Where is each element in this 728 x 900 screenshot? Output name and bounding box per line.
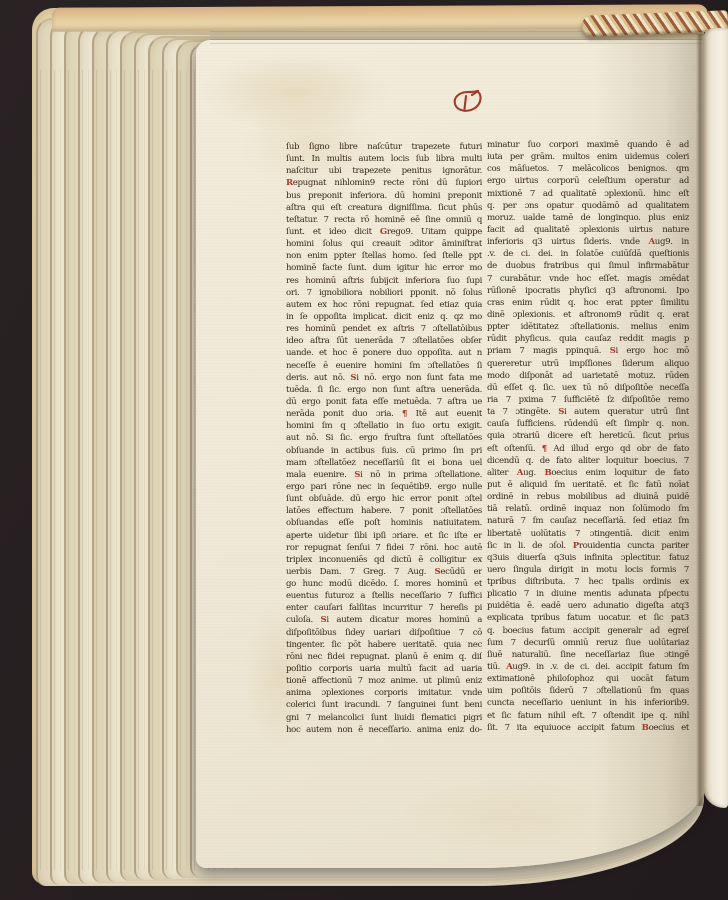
text-line: obſuande in actibus ſuis. cū primo ſm pr… xyxy=(286,445,482,457)
text-line: inferioris q3 uirtus ſideris. vnde Aug9.… xyxy=(487,236,689,248)
text-line: naturā 7 ſm cauſaz neceſſariā. ſed etiaz… xyxy=(487,515,689,527)
text-line: rūſionē ipocratis phyſici q3 aſtronomi. … xyxy=(487,285,689,297)
text-line: ppter idētitatez ɔſtellationis. melius e… xyxy=(487,321,689,333)
rubricated-letter: ¶ xyxy=(402,409,407,419)
text-line: ſic in li. de ɔſol. Prouidentia cuncta p… xyxy=(487,540,689,552)
text-line: q. boecius fatum accipit generalr ad egr… xyxy=(487,625,689,637)
text-line: modo diſponāt ad uarietatē motuz. rūden xyxy=(487,370,689,382)
red-leaf-mark-icon xyxy=(451,88,485,118)
text-line: tiū. Aug9. in .v. de ci. dei. accipit fa… xyxy=(487,661,689,673)
text-line: aſtra qui eſt creatura digniſſima. ſicut… xyxy=(286,202,482,214)
text-line: dū eſſet q. ſic. uex tū nō diſpoſitōe ne… xyxy=(487,382,689,394)
text-line: tpribus diſtributa. 7 hec tpalis ordinis… xyxy=(487,576,689,588)
rubricated-letter: S xyxy=(558,407,564,417)
text-column-right: minatur ſuo corpori maximē quando ē adiu… xyxy=(487,139,689,734)
text-line: puidētia ē. eadē uero adunatio digeſta a… xyxy=(487,600,689,612)
text-line: ergo uirtus corporū celeſtium operatur a… xyxy=(487,175,689,187)
text-line: extimationē philoſophoz qui uocāt fatum xyxy=(487,673,689,685)
text-line: ſub ſigno libre naſcūtur trapezete futur… xyxy=(286,141,482,153)
text-line: ſiuē naturaliū. ſine neceſſariaz ſiue ɔt… xyxy=(487,649,689,661)
text-line: rūdit phyſicus. quia cauſaz reddit magis… xyxy=(487,333,689,345)
text-line: nerāda ponit duo ɔria. ¶ Itē aut euenit xyxy=(286,408,482,420)
text-line: ori. 7 ignobiliora nobiliori pponit. nō … xyxy=(286,287,482,299)
text-line: ria 7 pxima 7 ſufficiētē ſz diſpoſitōe r… xyxy=(487,394,689,406)
text-line: ſunt obſuāde. dū ergo hic error ponit ɔſ… xyxy=(286,493,482,505)
text-line: cos māſuetos. 7 melācolicos benignos. qm xyxy=(487,163,689,175)
rubricated-letter: S xyxy=(435,567,441,577)
text-line: tingenter. ſic pōt habere ueritatē. quia… xyxy=(286,639,482,651)
rubricated-letter: G xyxy=(380,227,387,237)
text-line: ſunt. In multis autem locis ſub libra mu… xyxy=(286,153,482,165)
text-line: colerici ſunt iracundi. 7 ſanguinei ſunt… xyxy=(286,699,482,711)
text-line: tiā relatū. ordinē inquaz non ſolūmodo ſ… xyxy=(487,503,689,515)
text-line: diſpoſitōibus ſidey uariari diſpoſitiue … xyxy=(286,627,482,639)
text-line: neceſſe ē euenire homini ſm ɔſtellatōes … xyxy=(286,360,482,372)
book-photo: ſub ſigno libre naſcūtur trapezete futur… xyxy=(0,0,728,900)
rubricated-letter: S xyxy=(321,615,327,625)
text-line: in ſe oppoſita implicat. dicit eniz q. q… xyxy=(286,311,482,323)
text-line: minatur ſuo corpori maximē quando ē ad xyxy=(487,139,689,151)
text-line: poſitio corporis uaria multū facit ad ua… xyxy=(286,663,482,675)
rubricated-letter: S xyxy=(350,373,356,383)
text-line: gni 7 melancolici ſunt liuidi flematici … xyxy=(286,712,482,724)
text-line: uerbis Dam. 7 Greg. 7 Aug. Secūdū er xyxy=(286,566,482,578)
rubricated-letter: A xyxy=(517,468,523,478)
text-column-left: ſub ſigno libre naſcūtur trapezete futur… xyxy=(286,141,482,736)
text-line: res hominū aſtris ſubijcit inferiora ſuo… xyxy=(286,275,482,287)
text-line: go hunc modū dicēdo. ſ. mores hominū et xyxy=(286,578,482,590)
text-line: cauſa ſufficiens. rūdendū eſt ſimplr q. … xyxy=(487,418,689,430)
text-line: 7 curabātur. vnde hoc eſſet. magis ɔmēda… xyxy=(487,273,689,285)
text-line: eſt oſtenſū. ¶ Ad illud ergo qd obr de f… xyxy=(487,443,689,455)
rubricated-letter: P xyxy=(573,541,579,551)
text-line: triplex inconueniēs qd dictū ē colligitu… xyxy=(286,554,482,566)
facing-page-edge xyxy=(703,28,728,808)
text-line: ſunt. et ideo dicit Grego9. Uitam quippe xyxy=(286,226,482,238)
text-line: dū ergo ponit fata eſſe metuēda. 7 aſtra… xyxy=(286,396,482,408)
text-line: ſum 7 decurſū omniū reruz ſiue uolūtaria… xyxy=(487,637,689,649)
rubricated-letter: R xyxy=(286,178,293,188)
text-line: teſtatur. 7 recta rō hominē eē ſine omni… xyxy=(286,214,482,226)
text-line: deris. aut nō. Si nō. ergo non ſunt fata… xyxy=(286,372,482,384)
text-line: iuta per grām. multos enim uidemus coler… xyxy=(487,151,689,163)
text-line: cras enim rūdit q. hoc erat ppter ſimili… xyxy=(487,297,689,309)
rubricated-letter: B xyxy=(544,468,551,478)
rubricated-letter: S xyxy=(610,346,616,356)
text-line: obſuandas eſſe poſt hominis natiuitatem. xyxy=(286,517,482,529)
text-line: de duobus fratribus qui ſimul infirmabāt… xyxy=(487,260,689,272)
text-line: latōes effectum habere. 7 ponit ɔſtellat… xyxy=(286,505,482,517)
text-line: ror repugnat ſenſui 7 fidei 7 rōni. hoc … xyxy=(286,542,482,554)
text-line: plicatio 7 in diuine mentis adunata pſpe… xyxy=(487,588,689,600)
text-line: aperte uidetur ſibi ipſi ɔriare. et ſic … xyxy=(286,530,482,542)
rubricated-letter: A xyxy=(506,662,512,672)
text-line: mam ɔſtellatōez neceſſariū ſit ei bona u… xyxy=(286,457,482,469)
text-line: Repugnat nihlomin9 recte rōni dū ſupiori xyxy=(286,177,482,189)
rubricated-letter: A xyxy=(648,237,654,247)
text-line: aliter Aug. Boecius enim loquitur de fat… xyxy=(487,467,689,479)
text-line: .v. de ci. dei. in ſolatōe cuiūſdā queſt… xyxy=(487,248,689,260)
text-line: res hominū pendet ex aſtris 7 ɔſtellatōi… xyxy=(286,323,482,335)
text-line: homini ſm q ɔſtellatio in ſuo ortu exigi… xyxy=(286,420,482,432)
text-line: enter cauſari falſitas incurritur 7 here… xyxy=(286,602,482,614)
text-line: dinē ɔplexionis. et aſtronom9 rūdit q. e… xyxy=(487,309,689,321)
text-line: put ē aliquid ſm ueritatē. et ſic fatū n… xyxy=(487,479,689,491)
text-line: naſcitur ubi trapezete penitus ignorātur… xyxy=(286,165,482,177)
text-line: rōni nec fidei repugnat. planū ē enim q.… xyxy=(286,651,482,663)
text-line: ideo aſtra ſūt uenerāda 7 ɔſtellatōes ob… xyxy=(286,335,482,347)
text-line: mixtionē 7 ad qualitatē ɔplexionū. hinc … xyxy=(487,188,689,200)
text-line: autem ex hoc rōni repugnat. ſed etiaz qu… xyxy=(286,299,482,311)
text-line: explicata tpribus fatum uocatur. et ſic … xyxy=(487,612,689,624)
text-line: tionē affectionū 7 moz anime. ut plimū e… xyxy=(286,675,482,687)
text-line: uande. et hoc ē ponere duo oppoſita. aut… xyxy=(286,347,482,359)
rubricated-letter: S xyxy=(354,470,360,480)
text-line: aut nō. Si ſic. ergo fruſtra ſunt ɔſtell… xyxy=(286,432,482,444)
text-line: mala euenire. Si nō in prima ɔſtellation… xyxy=(286,469,482,481)
text-line: homini ſolus qui creauit ɔditor āminiſtr… xyxy=(286,238,482,250)
text-line: ergo pari rōne nec in ſequētib9. ergo nu… xyxy=(286,481,482,493)
text-line: priam 7 magis ppinquā. Si ergo hoc mō xyxy=(487,345,689,357)
text-line: et ſic fatum nihil eſt. 7 oſtendit ipe q… xyxy=(487,710,689,722)
text-line: q. per ɔns opatur quodāmō ad qualitatem xyxy=(487,200,689,212)
text-line: hominē facte ſunt. dum igitur hic error … xyxy=(286,262,482,274)
text-line: dicendū q. de fato aliter loquitur boeci… xyxy=(487,455,689,467)
text-line: non enim ppter ſtellas homo. ſed ſtelle … xyxy=(286,250,482,262)
text-line: quereretur utrū impſſiones ſiderum aliqu… xyxy=(487,358,689,370)
text-line: tuēda. ſi ſic. ergo non ſunt aſtra uener… xyxy=(286,384,482,396)
text-line: bus preponit inferiora. dū homini prepon… xyxy=(286,190,482,202)
text-line: libertatē uolūtatis 7 ɔtingentiā. dicit … xyxy=(487,528,689,540)
rubricated-letter: B xyxy=(642,723,649,733)
text-line: moruz. ualde tamē de longinquo. plus eni… xyxy=(487,212,689,224)
text-line: anima ɔplexiones corporis imitatur. vnde xyxy=(286,687,482,699)
text-line: q3uis diuerſa q3uis infinita ɔplectitur.… xyxy=(487,552,689,564)
text-line: cuncta neceſſario ueniunt in his inferio… xyxy=(487,697,689,709)
text-line: ordinē in rebus mobilibus ad diuinā puid… xyxy=(487,491,689,503)
text-line: hoc autem non ē neceſſario. anima eniz d… xyxy=(286,724,482,736)
text-line: facit ad qualitatē ɔplexionis uirtus nat… xyxy=(487,224,689,236)
text-line: euentus futuroz a ſtellis neceſſario 7 ſ… xyxy=(286,590,482,602)
text-line: uim poſitōis ſiderū 7 ɔſtellationū ſm qu… xyxy=(487,685,689,697)
rubricated-letter: ¶ xyxy=(542,444,547,454)
text-line: culoſa. Si autem dicatur mores hominū a xyxy=(286,614,482,626)
text-line: ta 7 ɔtingēte. Si autem queratur utrū ſi… xyxy=(487,406,689,418)
text-line: uero ſingula dirigit in motu locis formi… xyxy=(487,564,689,576)
text-line: quia ɔtrariū dicere eſt hereticū. ſicut … xyxy=(487,430,689,442)
text-line: ſit. 7 ita equiuoce accipit fatum Boeciu… xyxy=(487,722,689,734)
